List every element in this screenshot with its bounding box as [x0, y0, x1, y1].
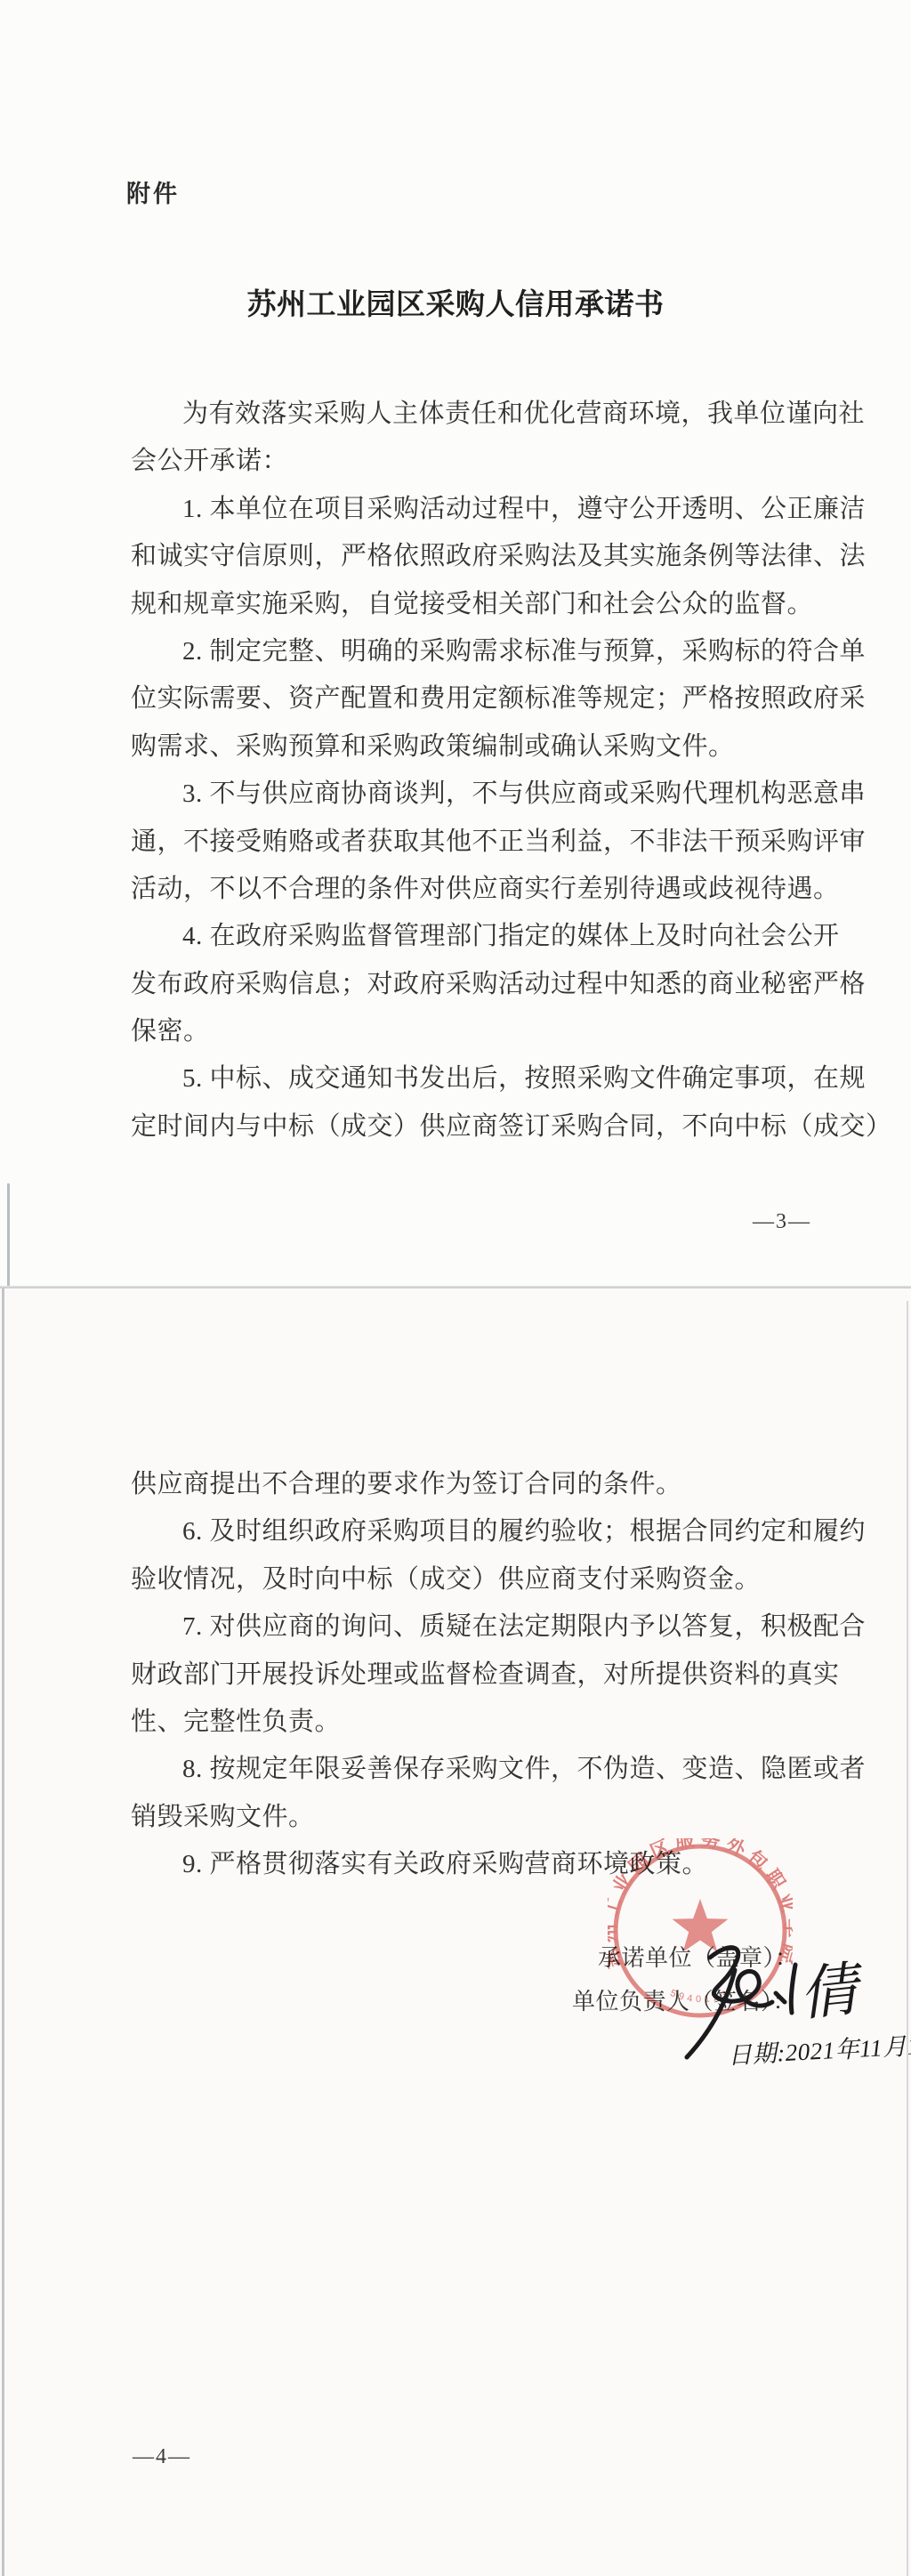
text-line: 2. 制定完整、明确的采购需求标准与预算，采购标的符合单 — [131, 632, 834, 679]
text-line: 位实际需要、资产配置和费用定额标准等规定；严格按照政府采 — [131, 679, 834, 726]
page1-page-number: —3— — [753, 1210, 811, 1234]
text-line: 保密。 — [131, 1012, 834, 1059]
text-line: 和诚实守信原则，严格依照政府采购法及其实施条例等法律、法 — [131, 537, 834, 584]
document-title: 苏州工业园区采购人信用承诺书 — [0, 281, 911, 323]
page2-page-number: —4— — [133, 2445, 191, 2469]
text-line: 财政部门开展投诉处理或监督检查调查，对所提供资料的真实 — [131, 1655, 834, 1702]
signature-legible-character: 倩 — [796, 1957, 865, 2028]
text-line: 验收情况，及时向中标（成交）供应商支付采购资金。 — [131, 1560, 834, 1607]
text-line: 发布政府采购信息；对政府采购活动过程中知悉的商业秘密严格 — [131, 965, 834, 1012]
text-line: 7. 对供应商的询问、质疑在法定期限内予以答复，积极配合 — [131, 1607, 834, 1654]
page1-left-scan-edge — [7, 1183, 10, 1287]
text-line: 供应商提出不合理的要求作为签订合同的条件。 — [131, 1465, 834, 1512]
scanned-document: 附件 苏州工业园区采购人信用承诺书 为有效落实采购人主体责任和优化营商环境，我单… — [0, 0, 911, 2576]
text-line: 8. 按规定年限妥善保存采购文件，不伪造、变造、隐匿或者 — [131, 1749, 834, 1797]
text-line: 性、完整性负责。 — [131, 1702, 834, 1749]
text-line: 通，不接受贿赂或者获取其他不正当利益，不非法干预采购评审 — [131, 822, 834, 869]
text-line: 规和规章实施采购，自觉接受相关部门和社会公众的监督。 — [131, 585, 834, 632]
text-line: 为有效落实采购人主体责任和优化营商环境，我单位谨向社 — [131, 394, 834, 441]
text-line: 购需求、采购预算和采购政策编制或确认采购文件。 — [131, 727, 834, 774]
text-line: 定时间内与中标（成交）供应商签订采购合同，不向中标（成交） — [131, 1107, 834, 1154]
attachment-label: 附件 — [126, 174, 180, 209]
page2-body-text: 供应商提出不合理的要求作为签订合同的条件。6. 及时组织政府采购项目的履约验收；… — [131, 1465, 834, 1893]
text-line: 1. 本单位在项目采购活动过程中，遵守公开透明、公正廉洁 — [131, 489, 834, 537]
text-line: 4. 在政府采购监督管理部门指定的媒体上及时向社会公开 — [131, 917, 834, 964]
text-line: 会公开承诺： — [131, 441, 834, 489]
signature-handwriting: 倩 — [678, 1938, 865, 2071]
text-line: 6. 及时组织政府采购项目的履约验收；根据合同约定和履约 — [131, 1512, 834, 1559]
page2-left-scan-edge — [2, 1288, 4, 2576]
page1-body-text: 为有效落实采购人主体责任和优化营商环境，我单位谨向社会公开承诺：1. 本单位在项… — [131, 394, 834, 1154]
text-line: 3. 不与供应商协商谈判，不与供应商或采购代理机构恶意串 — [131, 774, 834, 821]
text-line: 5. 中标、成交通知书发出后，按照采购文件确定事项，在规 — [131, 1059, 834, 1106]
page2-right-scan-edge — [907, 1301, 908, 2576]
text-line: 活动，不以不合理的条件对供应商实行差别待遇或歧视待遇。 — [131, 869, 834, 917]
